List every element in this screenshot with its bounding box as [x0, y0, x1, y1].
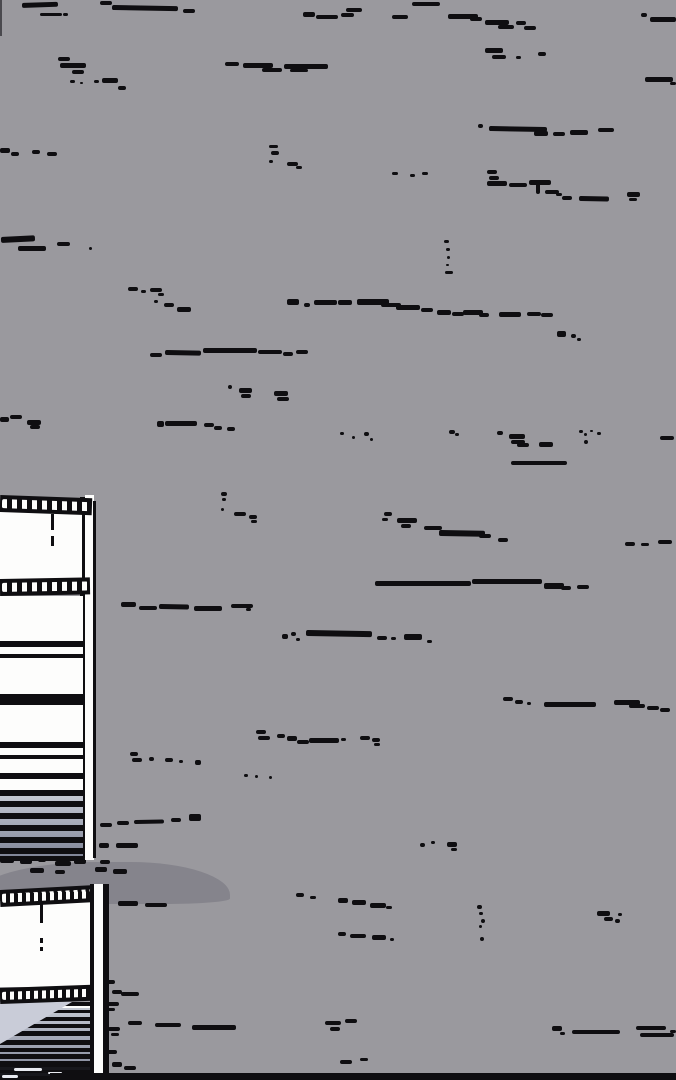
hatch-dash	[404, 634, 422, 640]
hatch-dash	[470, 17, 482, 21]
hatch-dash	[269, 160, 273, 163]
hatch-dash	[159, 604, 189, 610]
hatch-dash	[165, 350, 201, 356]
louver-line	[0, 790, 83, 796]
hatch-dash	[541, 313, 553, 317]
louver-line	[0, 813, 83, 819]
hatch-dash	[338, 898, 348, 903]
panel-bottom-border	[50, 1073, 676, 1080]
louver-line	[0, 856, 83, 861]
hatch-dash	[306, 630, 372, 637]
hatch-dash	[225, 62, 239, 66]
hatch-dash	[577, 585, 589, 589]
hatch-dash	[287, 736, 297, 741]
hatch-dash	[290, 69, 308, 72]
hatch-dash	[58, 57, 70, 61]
hatch-dash	[0, 148, 10, 153]
face-tick	[51, 536, 54, 546]
hatch-dash	[509, 183, 527, 187]
hatch-dash	[309, 738, 339, 743]
pillar-edge-right	[103, 884, 109, 1080]
hatch-dash	[503, 697, 513, 701]
hatch-dash	[89, 247, 92, 250]
hatch-dash	[478, 124, 483, 128]
hatch-dash	[330, 1027, 340, 1031]
hatch-dash	[479, 534, 491, 538]
hatch-dash	[492, 55, 506, 59]
hatch-dash	[372, 935, 386, 940]
hatch-dash	[479, 912, 483, 915]
hatch-dash	[572, 1030, 620, 1034]
hatch-dash	[641, 543, 649, 546]
hatch-dash	[396, 305, 420, 310]
louver-line	[0, 848, 83, 854]
hatch-dash	[258, 736, 270, 740]
hatch-dash	[55, 861, 71, 866]
hatch-dash	[30, 868, 44, 873]
hatch-dash	[571, 334, 576, 338]
hatch-dash	[246, 608, 251, 611]
hatch-dash	[94, 80, 99, 83]
hatch-dash	[487, 181, 507, 186]
hatch-dash	[155, 1023, 181, 1027]
hatch-dash	[524, 26, 536, 30]
louver-line	[0, 1054, 95, 1059]
hatch-dash	[40, 13, 62, 16]
hatch-dash	[598, 128, 614, 132]
hatch-dash	[640, 1033, 674, 1037]
hatch-dash	[375, 581, 471, 586]
hatch-dash	[352, 900, 366, 905]
hatch-dash	[497, 431, 503, 435]
window-band-dots	[2, 988, 97, 1000]
hatch-dash	[116, 843, 138, 848]
hatch-dash	[241, 394, 251, 398]
hatch-dash	[228, 385, 232, 389]
hatch-dash	[527, 702, 531, 705]
hatch-dash	[134, 819, 164, 824]
hatch-dash	[544, 702, 596, 707]
hatch-dash	[561, 586, 571, 590]
hatch-dash	[629, 198, 637, 201]
hatch-dash	[579, 196, 609, 202]
hatch-dash	[427, 640, 432, 643]
hatch-dash	[345, 1019, 357, 1023]
hatch-dash	[255, 775, 258, 778]
hatch-dash	[340, 1060, 352, 1064]
hatch-dash	[124, 1066, 136, 1070]
hatch-dash	[444, 240, 449, 243]
hatch-dash	[57, 242, 70, 246]
hatch-dash	[350, 934, 366, 938]
hatch-dash	[660, 708, 670, 712]
hatch-dash	[557, 331, 566, 337]
hatch-dash	[258, 350, 282, 354]
louver-light-dash	[2, 1075, 18, 1078]
louver-line	[0, 1048, 95, 1052]
hatch-dash	[18, 246, 46, 251]
hatch-dash	[325, 1021, 341, 1025]
hatch-dash	[670, 82, 676, 85]
hatch-dash	[487, 170, 497, 174]
pillar	[94, 884, 103, 1080]
comic-panel	[0, 0, 676, 1080]
hatch-dash	[111, 1033, 119, 1036]
face-tick	[40, 947, 43, 951]
hatch-dash	[303, 12, 315, 17]
hatch-dash	[481, 919, 485, 923]
hatch-dash	[108, 1027, 120, 1031]
louver-line	[0, 801, 83, 807]
hatch-dash	[130, 752, 138, 756]
face-tick	[40, 903, 43, 923]
hatch-dash	[239, 388, 252, 393]
louver-line	[0, 1061, 95, 1067]
hatch-dash	[194, 606, 222, 611]
hatch-dash	[489, 176, 499, 180]
hatch-dash	[30, 425, 40, 429]
hatch-dash	[100, 860, 110, 864]
hatch-dash	[157, 421, 164, 427]
hatch-dash	[536, 182, 540, 194]
hatch-dash	[529, 180, 551, 185]
hatch-dash	[370, 903, 386, 908]
hatch-dash	[597, 911, 610, 916]
hatch-dash	[360, 736, 370, 740]
hatch-dash	[10, 415, 22, 419]
hatch-dash	[60, 63, 86, 68]
hatch-dash	[32, 150, 40, 154]
hatch-dash	[11, 152, 19, 156]
hatch-dash	[316, 15, 338, 19]
hatch-dash	[645, 77, 673, 82]
hatch-dash	[577, 338, 581, 341]
hatch-dash	[99, 843, 109, 848]
hatch-dash	[629, 704, 645, 708]
hatch-dash	[0, 417, 9, 422]
hatch-dash	[112, 1062, 122, 1067]
hatch-dash	[658, 540, 672, 544]
louver-light-dash	[14, 1068, 42, 1071]
hatch-dash	[370, 438, 373, 441]
hatch-dash	[346, 8, 362, 12]
hatch-dash	[421, 308, 433, 312]
hatch-dash	[447, 842, 457, 847]
hatch-dash	[660, 436, 674, 440]
window-band-dots	[2, 581, 88, 591]
hatch-dash	[391, 637, 396, 640]
hatch-dash	[72, 70, 84, 74]
hatch-dash	[221, 508, 224, 511]
hatch-dash	[341, 13, 354, 17]
face-tick	[40, 938, 43, 943]
hatch-dash	[625, 542, 635, 546]
hatch-dash	[296, 166, 302, 169]
hatch-dash	[446, 248, 450, 251]
hatch-dash	[171, 818, 181, 822]
hatch-dash	[472, 579, 542, 584]
louver-line	[0, 755, 83, 759]
hatch-dash	[100, 1, 112, 5]
hatch-dash	[604, 917, 613, 921]
louver-line	[0, 654, 83, 658]
hatch-dash	[149, 757, 154, 761]
hatch-dash	[499, 312, 521, 317]
hatch-dash	[364, 432, 369, 436]
hatch-dash	[340, 432, 344, 435]
hatch-dash	[165, 421, 197, 426]
hatch-dash	[636, 1026, 666, 1030]
hatch-dash	[128, 1021, 142, 1025]
hatch-dash	[95, 867, 107, 872]
louver-line	[0, 742, 83, 748]
hatch-dash	[618, 913, 622, 916]
hatch-dash	[141, 290, 146, 293]
hatch-dash	[360, 1058, 368, 1061]
hatch-dash	[447, 256, 450, 259]
hatch-dash	[570, 130, 588, 135]
hatch-dash	[516, 56, 521, 59]
hatch-dash	[192, 1025, 236, 1030]
hatch-dash	[410, 174, 415, 177]
hatch-dash	[401, 524, 411, 528]
hatch-dash	[117, 821, 129, 825]
hatch-dash	[227, 427, 235, 431]
hatch-dash	[22, 2, 58, 8]
hatch-dash	[527, 312, 541, 316]
hatch-dash	[203, 348, 257, 353]
hatch-dash	[553, 132, 565, 136]
hatch-dash	[139, 606, 157, 610]
hatch-dash	[177, 307, 191, 312]
hatch-dash	[244, 774, 248, 777]
hatch-dash	[214, 426, 222, 430]
hatch-dash	[511, 461, 567, 465]
hatch-dash	[437, 310, 451, 315]
hatch-dash	[515, 700, 523, 704]
hatch-dash	[341, 738, 346, 741]
hatch-dash	[150, 353, 162, 357]
hatch-dash	[479, 925, 482, 928]
hatch-dash	[249, 515, 257, 519]
hatch-dash	[431, 841, 435, 844]
hatch-dash	[390, 938, 394, 941]
hatch-dash	[222, 498, 226, 501]
hatch-dash	[479, 313, 489, 317]
hatch-dash	[112, 5, 178, 11]
hatch-dash	[560, 1032, 565, 1035]
window-band	[0, 495, 92, 515]
hatch-dash	[477, 905, 482, 909]
hatch-dash	[445, 271, 453, 274]
hatch-dash	[374, 743, 380, 746]
hatch-dash	[627, 192, 640, 197]
upper-side-edge-outer	[93, 501, 96, 858]
hatch-dash	[338, 300, 352, 305]
hatch-dash	[451, 848, 457, 851]
hatch-dash	[538, 52, 546, 56]
hatch-dash	[516, 21, 526, 25]
hatch-dash	[498, 25, 514, 29]
hatch-dash	[314, 300, 337, 305]
hatch-dash	[132, 758, 142, 762]
hatch-dash	[650, 17, 676, 22]
hatch-dash	[296, 350, 308, 354]
hatch-dash	[641, 13, 647, 17]
hatch-dash	[455, 433, 459, 436]
hatch-dash	[397, 518, 417, 523]
hatch-dash	[164, 303, 174, 307]
hatch-dash	[251, 520, 257, 523]
window-band-dots	[2, 499, 90, 511]
hatch-dash	[647, 706, 659, 710]
hatch-dash	[670, 1030, 676, 1033]
hatch-dash	[221, 492, 227, 496]
hatch-dash	[386, 906, 392, 909]
hatch-dash	[584, 433, 587, 436]
hatch-dash	[55, 870, 65, 874]
hatch-dash	[384, 512, 392, 516]
hatch-dash	[304, 303, 310, 307]
hatch-dash	[118, 901, 138, 906]
hatch-dash	[274, 391, 288, 396]
louver-line	[0, 837, 83, 843]
hatch-dash	[195, 760, 201, 765]
upper-face	[0, 510, 82, 582]
hatch-dash	[296, 638, 300, 641]
hatch-dash	[256, 730, 266, 734]
hatch-dash	[485, 48, 503, 53]
window-band	[0, 577, 90, 596]
hatch-dash	[158, 293, 164, 296]
hatch-dash	[128, 287, 138, 291]
hatch-dash	[539, 442, 553, 447]
hatch-dash	[47, 152, 57, 156]
hatch-dash	[189, 814, 201, 821]
hatch-dash	[446, 264, 449, 266]
hatch-dash	[287, 299, 299, 305]
hatch-dash	[282, 634, 288, 639]
lower-face	[0, 901, 96, 987]
louver-line	[0, 1040, 95, 1045]
louver-line	[0, 773, 83, 779]
hatch-dash	[80, 82, 83, 84]
hatch-dash	[392, 15, 408, 19]
louver-line	[0, 694, 83, 705]
louver-line	[0, 825, 83, 831]
hatch-dash	[277, 734, 285, 738]
hatch-dash	[584, 440, 588, 444]
hatch-dash	[234, 512, 246, 516]
hatch-dash	[150, 288, 162, 292]
hatch-dash	[498, 538, 508, 542]
hatch-dash	[102, 78, 118, 83]
hatch-dash	[70, 80, 75, 83]
hatch-dash	[552, 1026, 562, 1031]
louver-line	[0, 641, 83, 647]
hatch-dash	[291, 632, 296, 636]
hatch-dash	[113, 869, 127, 874]
hatch-dash	[269, 776, 272, 779]
hatch-dash	[392, 172, 398, 175]
hatch-dash	[262, 68, 282, 72]
hatch-dash	[271, 151, 279, 155]
hatch-dash	[269, 145, 278, 148]
hatch-dash	[352, 436, 355, 439]
hatch-dash	[517, 443, 529, 447]
hatch-dash	[183, 9, 195, 13]
hatch-dash	[165, 758, 173, 762]
hatch-dash	[422, 172, 428, 175]
face-tick	[51, 514, 54, 530]
hatch-dash	[480, 937, 484, 941]
hatch-dash	[509, 434, 525, 439]
hatch-dash	[534, 131, 548, 136]
hatch-dash	[382, 518, 388, 521]
hatch-dash	[615, 919, 620, 923]
hatch-dash	[63, 13, 68, 16]
panel-corner-edge	[0, 0, 2, 36]
hatch-dash	[296, 893, 304, 897]
hatch-dash	[597, 432, 601, 435]
hatch-dash	[154, 300, 158, 303]
hatch-dash	[372, 738, 380, 742]
hatch-dash	[412, 2, 440, 6]
hatch-dash	[310, 896, 316, 899]
hatch-dash	[579, 430, 583, 433]
hatch-dash	[338, 932, 346, 936]
hatch-dash	[121, 992, 139, 996]
hatch-dash	[1, 235, 35, 243]
hatch-dash	[283, 352, 293, 356]
hatch-dash	[590, 430, 593, 432]
hatch-dash	[121, 602, 136, 607]
hatch-dash	[145, 903, 167, 907]
hatch-dash	[556, 193, 562, 196]
hatch-dash	[179, 760, 183, 763]
hatch-dash	[204, 423, 214, 427]
hatch-dash	[562, 196, 572, 200]
hatch-dash	[377, 636, 387, 640]
hatch-dash	[277, 397, 289, 401]
hatch-dash	[100, 823, 112, 827]
hatch-dash	[420, 843, 425, 847]
hatch-dash	[297, 740, 309, 744]
hatch-dash	[118, 86, 126, 90]
